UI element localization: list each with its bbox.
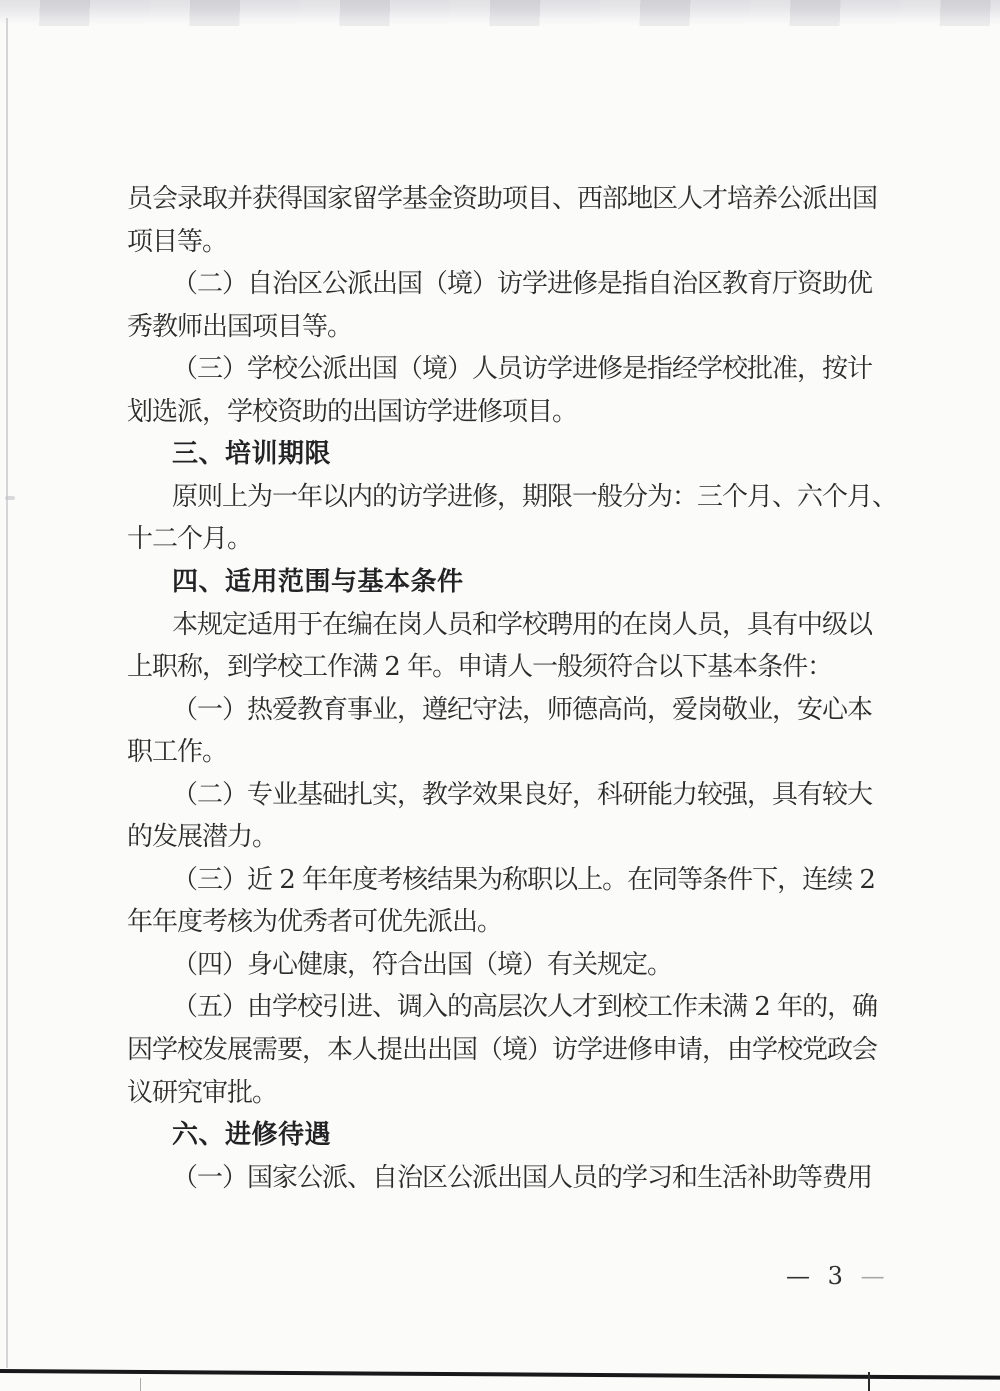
body-text-line: 年年度考核为优秀者可优先派出。 bbox=[127, 901, 887, 941]
body-text-line: 员会录取并获得国家留学基金资助项目、西部地区人才培养公派出国 bbox=[127, 178, 887, 218]
body-text-line: （二）专业基础扎实，教学效果良好，科研能力较强，具有较大 bbox=[127, 774, 932, 814]
body-text-line: 原则上为一年以内的访学进修，期限一般分为：三个月、六个月、 bbox=[127, 476, 932, 516]
body-text-line: 项目等。 bbox=[127, 221, 887, 261]
body-text-line: （三）学校公派出国（境）人员访学进修是指经学校批准，按计 bbox=[127, 348, 932, 388]
body-text-line: （五）由学校引进、调入的高层次人才到校工作未满 2 年的，确 bbox=[127, 986, 932, 1026]
body-text-line: 上职称，到学校工作满 2 年。申请人一般须符合以下基本条件： bbox=[127, 646, 887, 686]
body-text-line: （一）国家公派、自治区公派出国人员的学习和生活补助等费用 bbox=[127, 1157, 932, 1197]
body-text-line: 划选派，学校资助的出国访学进修项目。 bbox=[127, 391, 887, 431]
document-body-text: 员会录取并获得国家留学基金资助项目、西部地区人才培养公派出国项目等。（二）自治区… bbox=[0, 0, 1000, 1391]
page-number-dash-left: — bbox=[786, 1262, 812, 1290]
section-heading-line: 三、培训期限 bbox=[127, 433, 932, 473]
page-number: — 3 — bbox=[786, 1262, 887, 1290]
body-text-line: 因学校发展需要，本人提出出国（境）访学进修申请，由学校党政会 bbox=[127, 1029, 887, 1069]
page-number-dash-right: — bbox=[861, 1262, 887, 1290]
body-text-line: （一）热爱教育事业，遵纪守法，师德高尚，爱岗敬业，安心本 bbox=[127, 689, 932, 729]
body-text-line: 的发展潜力。 bbox=[127, 816, 887, 856]
body-text-line: 议研究审批。 bbox=[127, 1072, 887, 1112]
body-text-line: 本规定适用于在编在岗人员和学校聘用的在岗人员，具有中级以 bbox=[127, 604, 932, 644]
body-text-line: 职工作。 bbox=[127, 731, 887, 771]
body-text-line: （二）自治区公派出国（境）访学进修是指自治区教育厅资助优 bbox=[127, 263, 932, 303]
body-text-line: （三）近 2 年年度考核结果为称职以上。在同等条件下，连续 2 bbox=[127, 859, 932, 899]
scan-artifact-vertical-line bbox=[868, 1372, 870, 1391]
page-number-value: 3 bbox=[822, 1262, 851, 1290]
body-text-line: 秀教师出国项目等。 bbox=[127, 306, 887, 346]
section-heading-line: 六、进修待遇 bbox=[127, 1114, 932, 1154]
scanned-document-page: 员会录取并获得国家留学基金资助项目、西部地区人才培养公派出国项目等。（二）自治区… bbox=[0, 0, 1000, 1391]
scan-artifact-vertical-line bbox=[140, 1378, 141, 1391]
body-text-line: （四）身心健康，符合出国（境）有关规定。 bbox=[127, 944, 932, 984]
section-heading-line: 四、适用范围与基本条件 bbox=[127, 561, 932, 601]
body-text-line: 十二个月。 bbox=[127, 518, 887, 558]
